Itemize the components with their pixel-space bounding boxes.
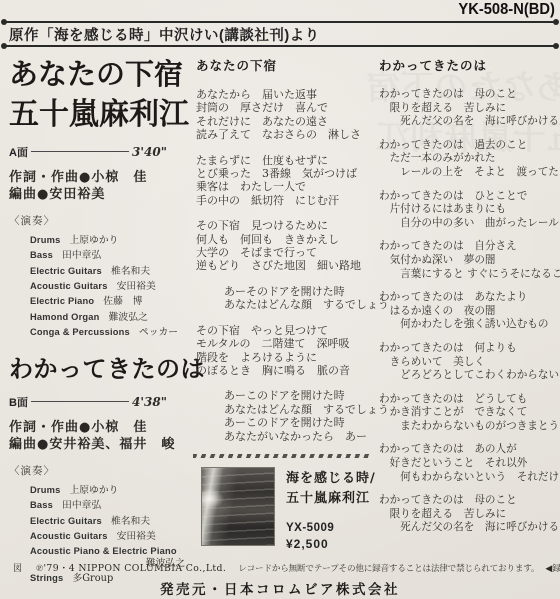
lyric-line: ただ一本のみがかれた [379,152,560,166]
lyric-stanza: わかってきたのは 何よりも きらめいて 美しく どろどろとしてこわくわからないも… [379,342,560,383]
lyric-line: のぼるとき 胸に鳴る 脈の音 [196,364,374,377]
lyric-line: その下宿 やっと見つけて [196,324,374,337]
lyrics-title-b: わかってきたのは [379,56,560,74]
credit-line: 編曲●安井裕美、福井 峻 [9,436,191,454]
lyric-stanza: あーそのドアを開けた時あなたはどんな顔 するでしょう [196,285,374,312]
lyric-stanza: わかってきたのは ひとことで 片付けるにはあまりにも 自分の中の多い 曲がったレ… [379,190,560,231]
performer-row: Electric Guitars椎名和夫 [30,513,191,528]
lyric-stanza: その下宿 見つけるために何人も 何回も ききかえし大学の そばまで行って逆もどり… [196,219,374,273]
lyric-stanza: たまらずに 仕度もせずにとび乗った 3番線 気がつけば乗客は わたし一人で手の中… [196,154,374,208]
divider-rule-bottom [4,45,556,47]
album-price: ¥2,500 [286,537,376,551]
side-a-label: A面 [9,144,28,160]
album-title: 海を感じる時/ [286,469,376,489]
performer-row: Hamond Organ難波弘之 [30,309,191,324]
lyric-line: 好きだということ それ以外 [379,457,560,471]
lyrics-column-side-a: あなたの下宿 あなたから 届いた返事封筒の 厚さだけ 喜んでそれだけに あなたの… [196,56,374,455]
performer-row: Drums上原ゆかり [30,232,191,247]
lyric-stanza: わかってきたのは 自分さえ 気付かぬ深い 夢の闇 言葉にすると すぐにうそになる… [379,240,560,281]
lyric-line: 死んだ父の名を 海に呼びかけること [379,115,560,129]
dashed-separator [193,454,369,458]
lyric-line: 何かわたしを強く誘い込むもの [379,318,560,332]
lyric-line: わかってきたのは 過去のこと [379,139,560,153]
lyric-stanza: わかってきたのは 母のこと 限りを超える 苦しみに 死んだ父の名を 海に呼びかけ… [379,494,560,535]
performer-role: Drums [30,485,60,495]
lyric-stanza: あなたから 届いた返事封筒の 厚さだけ 喜んでそれだけに あなたの遠さ読み了えて… [196,88,374,142]
performer-name: 上原ゆかり [69,485,118,496]
performer-role: Acoustic Guitars [30,531,108,541]
lyric-line: 逆もどり さびた地図 細い路地 [196,259,374,272]
album-artist: 五十嵐麻利江 [286,489,376,509]
lyrics-body-b: わかってきたのは 母のこと 限りを超える 苦しみに 死んだ父の名を 海に呼びかけ… [379,88,560,535]
lyric-line: わかってきたのは 母のこと [379,494,560,508]
lyric-line: わかってきたのは 自分さえ [379,240,560,254]
lyric-line: あなたがいなかったら あー [224,430,374,443]
artist-name: 五十嵐麻利江 [9,96,191,134]
lyric-line: 片付けるにはあまりにも [379,203,560,217]
performer-role: Electric Piano [30,296,94,306]
lyric-line: たまらずに 仕度もせずに [196,154,374,167]
side-b-label: B面 [9,394,28,410]
performer-row: Acoustic Guitars安田裕美 [30,528,191,543]
lyric-line: モルタルの 二階建て 深呼吸 [196,337,374,350]
lyric-stanza: その下宿 やっと見つけてモルタルの 二階建て 深呼吸階段を よろけるようにのぼる… [196,324,374,378]
lyric-stanza: わかってきたのは 母のこと 限りを超える 苦しみに 死んだ父の名を 海に呼びかけ… [379,88,560,129]
lyric-line: わかってきたのは あの人が [379,443,560,457]
lyric-line: 封筒の 厚さだけ 喜んで [196,101,374,114]
credits-column: あなたの下宿 五十嵐麻利江 A面 3'40" 作詞・作曲●小椋 佳 編曲●安田裕… [9,56,191,586]
performer-row: Acoustic Guitars安田裕美 [30,278,191,293]
lyric-line: どろどろとしてこわくわからないもの [379,369,560,383]
performer-name: 田中章弘 [62,250,101,261]
lyric-line: あなたはどんな顔 するでしょう [224,403,374,416]
side-a-rule [31,151,129,152]
lyric-line: 言葉にすると すぐにうそになること [379,268,560,282]
lyric-line: 自分の中の多い 曲がったレール [379,217,560,231]
performer-name: 佐藤 博 [103,296,142,307]
side-a-credits: 作詞・作曲●小椋 佳 編曲●安田裕美 [9,169,191,204]
lyric-line: それだけに あなたの遠さ [196,115,374,128]
lyric-line: あーこのドアを開けた時 [224,416,374,429]
lyric-line: 手の中の 紙切符 にじむ汗 [196,194,374,207]
performer-role: Electric Guitars [30,266,102,276]
lyric-line: わかってきたのは どうしても [379,393,560,407]
lyric-stanza: わかってきたのは あなたより はるか遠くの 夜の闇 何かわたしを強く誘い込むもの [379,291,560,332]
performer-name: 安田裕美 [117,281,156,292]
lyric-line: わかってきたのは 何よりも [379,342,560,356]
lyric-line: きらめいて 美しく [379,356,560,370]
ensemble-label: 〈演奏〉 [9,213,191,228]
lyric-line: 何人も 何回も ききかえし [196,233,374,246]
album-catalog-number: YX-5009 [286,522,376,534]
side-b-rule [31,401,129,402]
lyrics-body-a: あなたから 届いた返事封筒の 厚さだけ 喜んでそれだけに あなたの遠さ読み了えて… [196,88,374,443]
performer-row: Bass田中章弘 [30,497,191,512]
performer-role: Acoustic Piano & Electric Piano [30,546,177,556]
performer-row: Electric Guitars椎名和夫 [30,263,191,278]
lyric-line: 読み了えて なおさらの 淋しさ [196,128,374,141]
performer-role: Bass [30,500,53,510]
side-b-credits: 作詞・作曲●小椋 佳 編曲●安井裕美、福井 峻 [9,419,191,454]
recording-spec-text: ◀録音特性：R I A A▶ [545,561,560,574]
lyric-line: 階段を よろけるように [196,351,374,364]
lyric-line: かき消すことが できなくて [379,406,560,420]
performer-role: Electric Guitars [30,516,102,526]
lyric-line: あーこのドアを開けた時 [224,389,374,402]
lyric-line: またわからないものがつきまとうこと [379,420,560,434]
performer-name: 上原ゆかり [69,235,118,246]
copyright-text: ℗'79・4 NIPPON COLUMBIA Co.,Ltd. [36,560,226,574]
performer-role: Drums [30,235,60,245]
lyric-line: 気付かぬ深い 夢の闇 [379,254,560,268]
license-mark-icon: 図 [13,561,22,574]
performer-role: Bass [30,250,53,260]
lyric-stanza: わかってきたのは どうしても かき消すことが できなくて またわからないものがつ… [379,393,560,434]
performer-role: Acoustic Guitars [30,281,108,291]
performer-row: Drums上原ゆかり [30,482,191,497]
legal-text: レコードから無断でテープその他に録音することは法律で禁じられております。 [238,562,539,574]
lyric-line: 限りを超える 苦しみに [379,102,560,116]
side-a-duration: 3'40" [132,145,167,159]
side-a-row: A面 3'40" [9,144,167,160]
performer-name: 田中章弘 [62,500,101,511]
release-block: 海を感じる時/ 五十嵐麻利江 YX-5009 ¥2,500 [201,467,376,551]
performer-name: 椎名和夫 [111,516,150,527]
performer-row: Electric Piano佐藤 博 [30,293,191,308]
performer-name: 椎名和夫 [111,266,150,277]
catalog-number: YK-508-N(BD) [458,1,555,19]
legal-row: 図 ℗'79・4 NIPPON COLUMBIA Co.,Ltd. レコードから… [13,560,557,574]
credit-line: 作詞・作曲●小椋 佳 [9,419,191,437]
performer-role: Hamond Organ [30,312,100,322]
lyric-line: レールの上を そよと 渡ってたこと [379,166,560,180]
performer-name: ペッカー [139,327,178,338]
distributor-text: 発売元・日本コロムビア株式会社 [0,578,560,598]
side-b-title: わかってきたのは [9,354,191,384]
lyric-line: わかってきたのは 母のこと [379,88,560,102]
lyric-line: あなたはどんな顔 するでしょう [224,298,374,311]
lyric-line: 乗客は わたし一人で [196,180,374,193]
performer-row: Conga & Percussionsペッカー [30,324,191,339]
side-a-performers: Drums上原ゆかりBass田中章弘Electric Guitars椎名和夫Ac… [9,232,191,340]
lyric-line: 大学の そばまで行って [196,246,374,259]
performer-row: Bass田中章弘 [30,247,191,262]
lyric-line: 何もわからないという それだけのこと [379,471,560,485]
performer-name: 安田裕美 [117,531,156,542]
lyric-line: 限りを超える 苦しみに [379,508,560,522]
lyric-line: はるか遠くの 夜の闇 [379,305,560,319]
lyric-line: あなたから 届いた返事 [196,88,374,101]
lyric-stanza: あーこのドアを開けた時あなたはどんな顔 するでしょうあーこのドアを開けた時あなた… [196,389,374,443]
lyric-line: その下宿 見つけるために [196,219,374,232]
release-info: 海を感じる時/ 五十嵐麻利江 YX-5009 ¥2,500 [286,467,376,551]
side-b-duration: 4'38" [132,395,167,409]
lyric-line: わかってきたのは ひとことで [379,190,560,204]
lyric-line: 死んだ父の名を 海に呼びかけること [379,521,560,535]
lyric-line: とび乗った 3番線 気がつけば [196,167,374,180]
divider-rule-top [4,21,556,23]
lyrics-title-a: あなたの下宿 [196,56,374,74]
origin-note: 原作「海を感じる時」中沢けい(講談社刊)より [9,24,320,45]
record-sleeve-back: YK-508-N(BD) 原作「海を感じる時」中沢けい(講談社刊)より あなたの… [0,0,560,599]
side-b-row: B面 4'38" [9,394,167,410]
lyric-stanza: わかってきたのは あの人が 好きだということ それ以外 何もわからないという そ… [379,443,560,484]
ensemble-label: 〈演奏〉 [9,463,191,478]
lyric-line: わかってきたのは あなたより [379,291,560,305]
side-a-title: あなたの下宿 [9,56,191,92]
credit-line: 作詞・作曲●小椋 佳 [9,169,191,187]
lyrics-column-side-b: わかってきたのは わかってきたのは 母のこと 限りを超える 苦しみに 死んだ父の… [379,56,560,545]
lyric-line: あーそのドアを開けた時 [224,285,374,298]
credit-line: 編曲●安田裕美 [9,186,191,204]
album-cover-thumbnail [201,467,275,546]
performer-role: Conga & Percussions [30,327,130,337]
performer-name: 難波弘之 [109,312,148,323]
lyric-stanza: わかってきたのは 過去のこと ただ一本のみがかれた レールの上を そよと 渡って… [379,139,560,180]
